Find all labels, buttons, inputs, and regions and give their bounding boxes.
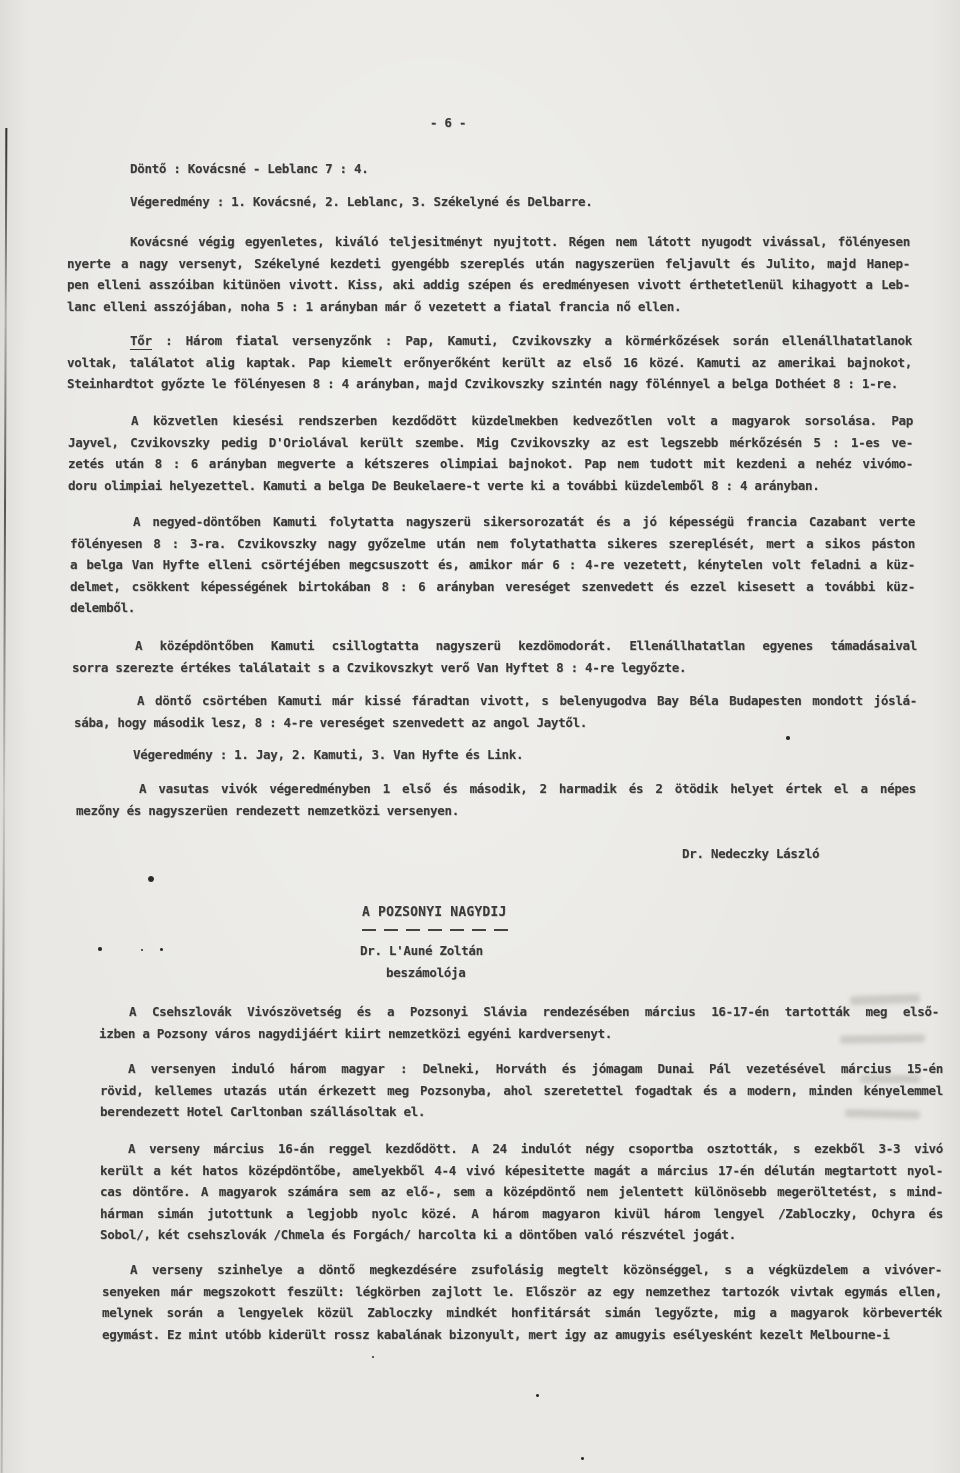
text-line: delmet, csökkent képességének birtokában… — [70, 576, 915, 598]
text-line: melynek során a lengyelek közül Zabloczk… — [102, 1302, 942, 1324]
paragraph-organizers: A Csehszlovák Vivószövetség és a Pozsony… — [99, 1001, 939, 1044]
paragraph-final-stage: A verseny szinhelye a döntő megkezdésére… — [102, 1259, 942, 1345]
paragraph-foil-elimination: A közvetlen kiesési rendszerben kezdődöt… — [68, 410, 913, 496]
ink-speck — [141, 949, 143, 951]
paragraph-railway-fencers: A vasutas vivók végeredményben 1 első és… — [76, 778, 916, 821]
text-line: doru olimpiai helyezettel. Kamuti a belg… — [68, 475, 913, 497]
text-line: delemből. — [70, 597, 915, 619]
text-line: A középdöntőben Kamuti csillogtatta nagy… — [72, 635, 917, 657]
paragraph-foil-semifinal: A középdöntőben Kamuti csillogtatta nagy… — [72, 635, 917, 678]
final-score-line: Döntő : Kovácsné - Leblanc 7 : 4. — [130, 158, 368, 180]
text-line: voltak, találatot alig kaptak. Pap kieme… — [67, 352, 912, 374]
author-signature: Dr. Nedeczky László — [682, 843, 819, 865]
title-underline — [362, 929, 508, 931]
ink-speck — [372, 1356, 374, 1358]
text-line: Sobol/, két csehszlovák /Chmela és Forgá… — [100, 1224, 943, 1246]
text-line: Tőr : Három fiatal versenyzőnk : Pap, Ka… — [67, 330, 912, 352]
ink-speck — [786, 736, 790, 740]
text-line: egymást. Ez mint utóbb kiderült rossz ka… — [102, 1324, 942, 1346]
text-line: A vasutas vivók végeredményben 1 első és… — [76, 778, 916, 800]
text-line: A közvetlen kiesési rendszerben kezdődöt… — [68, 410, 913, 432]
paragraph-foil-final: A döntő csörtében Kamuti már kissé fárad… — [74, 690, 917, 733]
ink-speck — [98, 947, 102, 951]
text-line: Kovácsné végig egyenletes, kiváló teljes… — [67, 231, 910, 253]
results-line-women: Végeredmény : 1. Kovácsné, 2. Leblanc, 3… — [130, 191, 592, 213]
section-title: A POZSONYI NAGYDIJ — [362, 902, 508, 924]
text-line: sorra szerezte értékes találatait s a Cz… — [72, 657, 917, 679]
text-line: került a két hatos középdöntőbe, amelyek… — [100, 1160, 943, 1182]
paragraph-competition: A verseny március 16-án reggel kezdődött… — [100, 1138, 943, 1246]
text-line: fölényesen 8 : 3-ra. Czvikovszky nagy gy… — [70, 533, 915, 555]
text-line: mezőny és nagyszerüen rendezett nemzetkö… — [76, 800, 916, 822]
text-line: cas döntőre. A magyarok számára sem az e… — [100, 1181, 943, 1203]
paragraph-foil-roundrobin: Tőr : Három fiatal versenyzőnk : Pap, Ka… — [67, 330, 912, 395]
text-line: A verseny március 16-án reggel kezdődött… — [100, 1138, 943, 1160]
byline-author: Dr. L'Auné Zoltán — [360, 940, 483, 962]
text-line: hárman simán jutottunk a legjobb nyolc k… — [100, 1203, 943, 1225]
text-line: lanc elleni asszójában, noha 5 : 1 arány… — [67, 296, 910, 318]
text-line: izben a Pozsony város nagydijáért kiirt … — [99, 1023, 939, 1045]
page-number: - 6 - — [0, 112, 896, 134]
ink-speck — [160, 948, 163, 951]
byline-role: beszámolója — [386, 962, 465, 984]
text-line: A verseny szinhelye a döntő megkezdésére… — [102, 1259, 942, 1281]
ink-speck — [536, 1394, 539, 1397]
paragraph-arrival: A versenyen induló három magyar : Delnek… — [100, 1058, 943, 1123]
text-line: A versenyen induló három magyar : Delnek… — [100, 1058, 943, 1080]
paragraph-foil-quarterfinal: A negyed-döntőben Kamuti folytatta nagys… — [70, 511, 915, 619]
underlined-word: Tőr — [130, 333, 152, 350]
text-line: A negyed-döntőben Kamuti folytatta nagys… — [70, 511, 915, 533]
text-line: A Csehszlovák Vivószövetség és a Pozsony… — [99, 1001, 939, 1023]
text-line: A döntő csörtében Kamuti már kissé fárad… — [74, 690, 917, 712]
text-line: senyeken már megszokott feszült: légkörb… — [102, 1281, 942, 1303]
ink-speck — [581, 1457, 584, 1460]
text-line: Jayvel, Czvikovszky pedig D'Oriolával ke… — [68, 432, 913, 454]
text-line: sába, hogy második lesz, 8 : 4-re veresé… — [74, 712, 917, 734]
paragraph-women-summary: Kovácsné végig egyenletes, kiváló teljes… — [67, 231, 910, 317]
results-line-men: Végeredmény : 1. Jay, 2. Kamuti, 3. Van … — [133, 744, 523, 766]
text-line: nyerte a nagy versenyt, Székelyné kezdet… — [67, 253, 910, 275]
text-line: zetés után 8 : 6 arányban megverte a két… — [68, 453, 913, 475]
section-heading-block: A POZSONYI NAGYDIJ — [362, 902, 508, 931]
ink-speck — [148, 876, 154, 882]
text-line: a belga Van Hyfte elleni csörtéjében meg… — [70, 554, 915, 576]
text-line: berendezett Hotel Carltonban szállásolta… — [100, 1101, 943, 1123]
scan-edge-line — [1, 128, 8, 1473]
scanned-page: { "page": { "number": "- 6 -", "paper_co… — [0, 0, 960, 1473]
text-line: Steinhardtot győzte le fölényesen 8 : 4 … — [67, 373, 912, 395]
text-line: rövid, kellemes utazás után érkezett meg… — [100, 1080, 943, 1102]
text-line: pen elleni asszóiban kitünöen vivott. Ki… — [67, 274, 910, 296]
